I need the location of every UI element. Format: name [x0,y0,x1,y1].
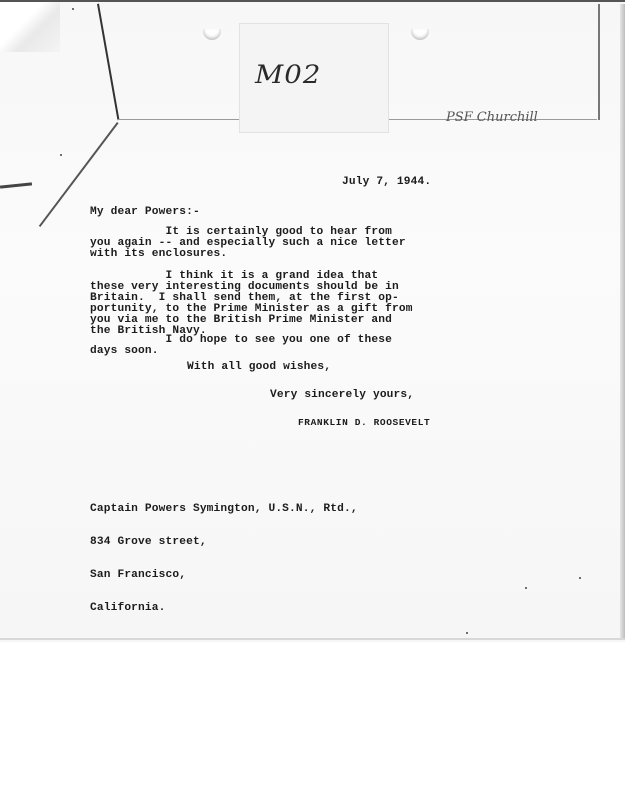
address-line: San Francisco, [90,570,358,581]
folder-tab [0,182,32,188]
scan-speck [72,8,74,10]
scan-speck [525,587,527,589]
salutation: My dear Powers:- [90,207,200,218]
archive-label: M02 [255,60,321,89]
page-edge [598,4,600,120]
handwritten-note: PSF Churchill [446,110,538,125]
recipient-address: Captain Powers Symington, U.S.N., Rtd., … [90,482,358,636]
letter-date: July 7, 1944. [342,177,431,188]
paragraph: I think it is a grand idea that these ve… [90,271,413,337]
paragraph: It is certainly good to hear from you ag… [90,227,406,260]
address-line: 834 Grove street, [90,537,358,548]
closing-wish: With all good wishes, [187,362,331,373]
scan-edge [0,638,625,640]
address-line: California. [90,603,358,614]
punch-hole [203,29,221,40]
paragraph: I do hope to see you one of these days s… [90,335,392,357]
signature: FRANKLIN D. ROOSEVELT [298,417,430,428]
scanned-page: M02 PSF Churchill July 7, 1944. My dear … [0,0,625,642]
corner-fold [0,2,60,52]
closing: Very sincerely yours, [270,390,414,401]
scan-speck [579,577,581,579]
punch-hole [411,29,429,40]
page-edge [620,4,625,640]
scan-speck [60,154,62,156]
scan-speck [466,632,468,634]
folder-edge [97,4,119,121]
address-line: Captain Powers Symington, U.S.N., Rtd., [90,504,358,515]
